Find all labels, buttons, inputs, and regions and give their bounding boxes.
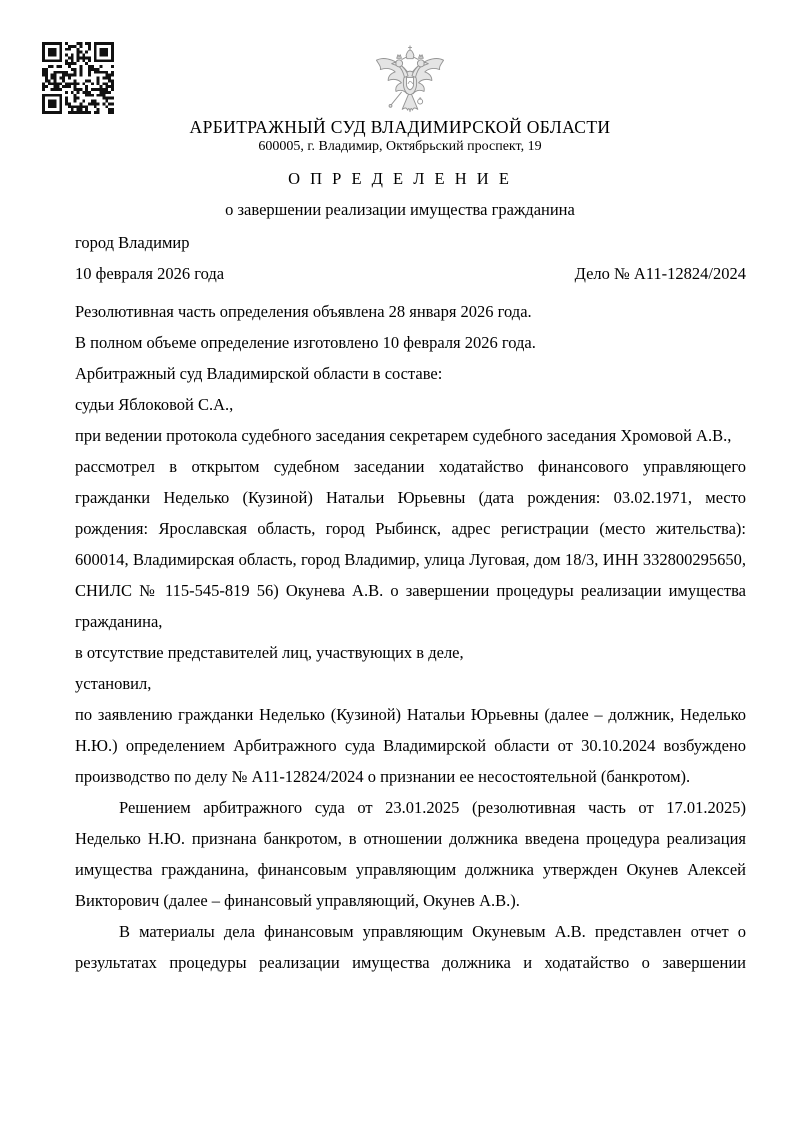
document-type-title: О П Р Е Д Е Л Е Н И Е (0, 169, 800, 189)
court-name: АРБИТРАЖНЫЙ СУД ВЛАДИМИРСКОЙ ОБЛАСТИ (0, 116, 800, 138)
paragraph-case-initiated: по заявлению гражданки Неделько (Кузиной… (75, 699, 746, 792)
qr-code (42, 42, 114, 114)
paragraph-court-composition: Арбитражный суд Владимирской области в с… (75, 358, 746, 389)
paragraph-ustanovil: установил, (75, 668, 746, 699)
date-case-row: 10 февраля 2026 года Дело № А11-12824/20… (75, 258, 746, 289)
coat-of-arms-icon (371, 45, 449, 116)
court-address: 600005, г. Владимир, Октябрьский проспек… (0, 138, 800, 156)
paragraph-judge: судьи Яблоковой С.А., (75, 389, 746, 420)
paragraph-absence-of-parties: в отсутствие представителей лиц, участву… (75, 637, 746, 668)
paragraph-resolutive-announced: Резолютивная часть определения объявлена… (75, 296, 746, 327)
paragraph-full-text-date: В полном объеме определение изготовлено … (75, 327, 746, 358)
document-body: город Владимир 10 февраля 2026 года Дело… (75, 227, 746, 978)
document-subject: о завершении реализации имущества гражда… (0, 200, 800, 220)
paragraph-case-considered: рассмотрел в открытом судебном заседании… (75, 451, 746, 637)
document-date: 10 февраля 2026 года (75, 258, 224, 289)
city-line: город Владимир (75, 227, 746, 258)
paragraph-report-submitted: В материалы дела финансовым управляющим … (75, 916, 746, 978)
court-document-page: АРБИТРАЖНЫЙ СУД ВЛАДИМИРСКОЙ ОБЛАСТИ 600… (0, 0, 800, 1131)
case-number: Дело № А11-12824/2024 (575, 258, 746, 289)
paragraph-secretary: при ведении протокола судебного заседани… (75, 420, 746, 451)
paragraph-bankruptcy-decision: Решением арбитражного суда от 23.01.2025… (75, 792, 746, 916)
